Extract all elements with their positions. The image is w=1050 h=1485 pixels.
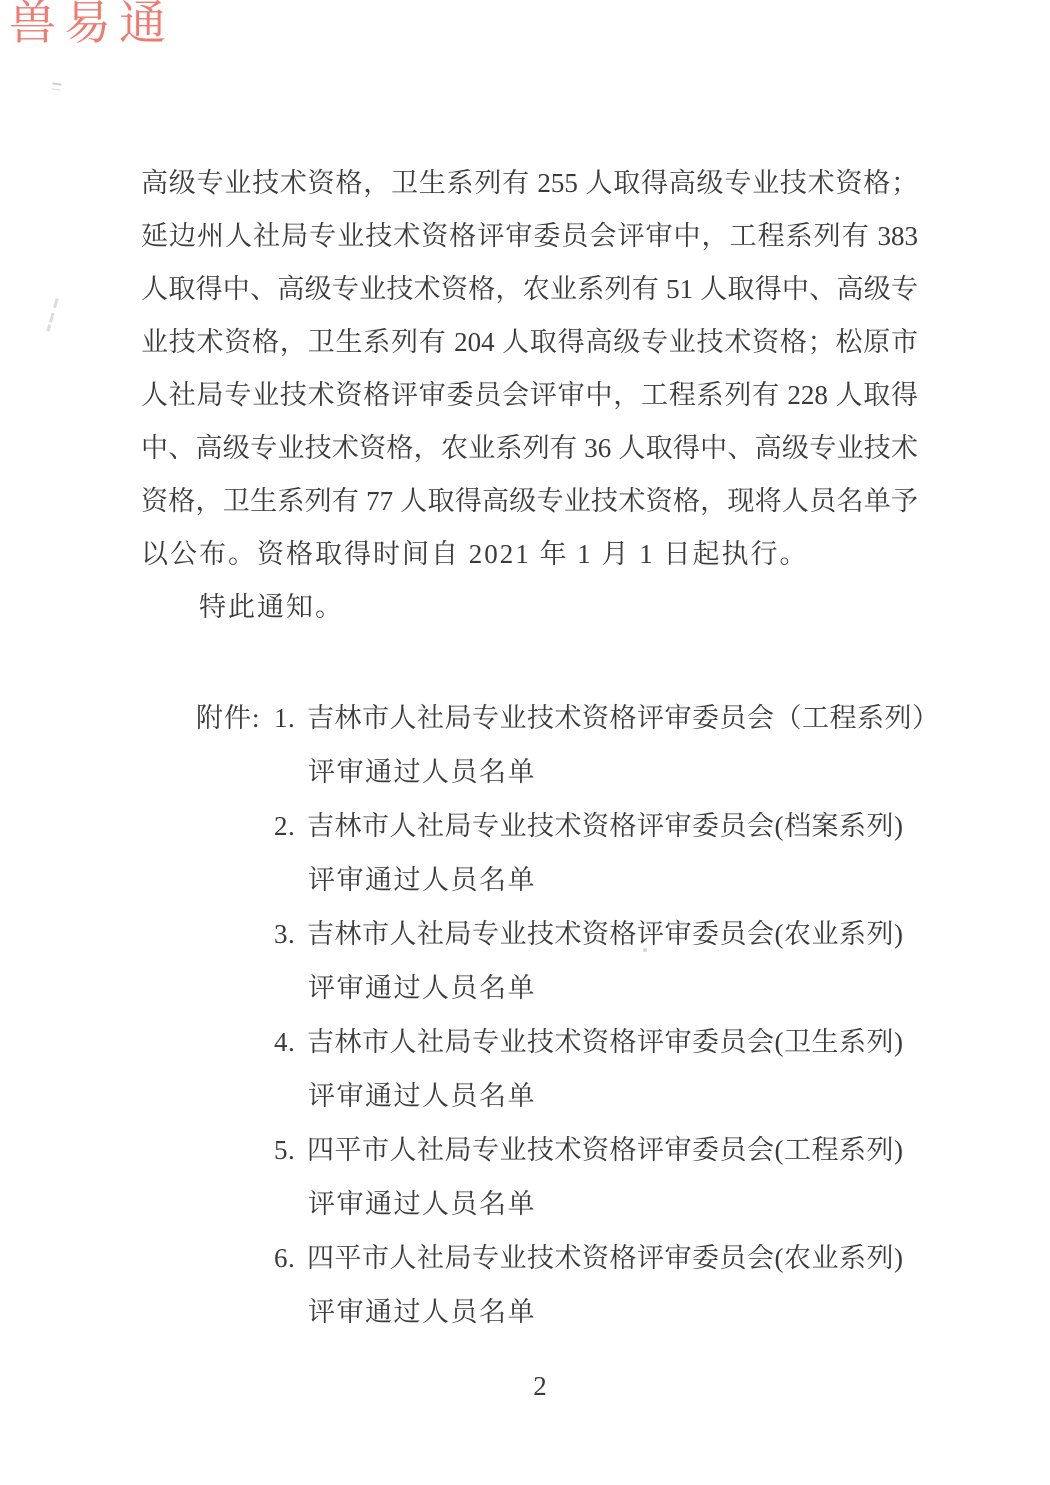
attachment-title-line: 3. 吉林市人社局专业技术资格评审委员会(农业系列) bbox=[196, 907, 996, 961]
attachments-label-spacer bbox=[196, 1015, 274, 1069]
attachments-label: 附件: bbox=[196, 691, 274, 745]
attachment-title: 四平市人社局专业技术资格评审委员会(农业系列) bbox=[307, 1231, 903, 1285]
paragraph-line: 资格，卫生系列有 77 人取得高级专业技术资格，现将人员名单予 bbox=[141, 475, 918, 528]
attachments-list: 附件: 1. 吉林市人社局专业技术资格评审委员会（工程系列） 评审通过人员名单 … bbox=[196, 691, 996, 1339]
paragraph-line: 以公布。资格取得时间自 2021 年 1 月 1 日起执行。 bbox=[141, 528, 918, 581]
attachment-number: 1. bbox=[274, 691, 307, 745]
paragraph-line: 人社局专业技术资格评审委员会评审中，工程系列有 228 人取得 bbox=[141, 369, 918, 422]
attachment-subtitle: 评审通过人员名单 bbox=[196, 853, 996, 907]
attachment-item: 4. 吉林市人社局专业技术资格评审委员会(卫生系列) 评审通过人员名单 bbox=[196, 1015, 996, 1123]
attachment-title: 吉林市人社局专业技术资格评审委员会(农业系列) bbox=[307, 907, 903, 961]
attachments-label-spacer bbox=[196, 907, 274, 961]
attachment-title-line: 5. 四平市人社局专业技术资格评审委员会(工程系列) bbox=[196, 1123, 996, 1177]
scan-artifact bbox=[52, 82, 62, 90]
attachment-subtitle: 评审通过人员名单 bbox=[196, 745, 996, 799]
attachments-label-spacer bbox=[196, 1123, 274, 1177]
attachment-number: 3. bbox=[274, 907, 307, 961]
attachment-number: 2. bbox=[274, 799, 307, 853]
scanned-document-page: 兽易通 高级专业技术资格，卫生系列有 255 人取得高级专业技术资格； 延边州人… bbox=[0, 0, 1050, 1485]
attachment-number: 5. bbox=[274, 1123, 307, 1177]
attachment-title-line: 4. 吉林市人社局专业技术资格评审委员会(卫生系列) bbox=[196, 1015, 996, 1069]
attachment-item: 5. 四平市人社局专业技术资格评审委员会(工程系列) 评审通过人员名单 bbox=[196, 1123, 996, 1231]
paragraph-line: 中、高级专业技术资格，农业系列有 36 人取得中、高级专业技术 bbox=[141, 422, 918, 475]
attachments-label-spacer bbox=[196, 799, 274, 853]
paragraph-line: 延边州人社局专业技术资格评审委员会评审中，工程系列有 383 bbox=[141, 210, 918, 263]
attachment-subtitle: 评审通过人员名单 bbox=[196, 1069, 996, 1123]
page-number: 2 bbox=[0, 1371, 1050, 1402]
paragraph-line: 高级专业技术资格，卫生系列有 255 人取得高级专业技术资格； bbox=[141, 157, 918, 210]
paragraph-line: 业技术资格，卫生系列有 204 人取得高级专业技术资格；松原市 bbox=[141, 316, 918, 369]
attachment-title: 吉林市人社局专业技术资格评审委员会(卫生系列) bbox=[307, 1015, 903, 1069]
notice-body: 高级专业技术资格，卫生系列有 255 人取得高级专业技术资格； 延边州人社局专业… bbox=[141, 157, 918, 634]
closing-line: 特此通知。 bbox=[141, 581, 918, 634]
scan-artifact bbox=[46, 298, 58, 332]
attachment-subtitle: 评审通过人员名单 bbox=[196, 1177, 996, 1231]
attachment-item: 2. 吉林市人社局专业技术资格评审委员会(档案系列) 评审通过人员名单 bbox=[196, 799, 996, 907]
attachment-title-line: 2. 吉林市人社局专业技术资格评审委员会(档案系列) bbox=[196, 799, 996, 853]
attachment-item: 附件: 1. 吉林市人社局专业技术资格评审委员会（工程系列） 评审通过人员名单 bbox=[196, 691, 996, 799]
attachment-item: 3. 吉林市人社局专业技术资格评审委员会(农业系列) 评审通过人员名单 bbox=[196, 907, 996, 1015]
attachment-title-line: 6. 四平市人社局专业技术资格评审委员会(农业系列) bbox=[196, 1231, 996, 1285]
attachment-number: 6. bbox=[274, 1231, 307, 1285]
attachment-item: 6. 四平市人社局专业技术资格评审委员会(农业系列) 评审通过人员名单 bbox=[196, 1231, 996, 1339]
paragraph-line: 人取得中、高级专业技术资格，农业系列有 51 人取得中、高级专 bbox=[141, 263, 918, 316]
attachment-title-line: 附件: 1. 吉林市人社局专业技术资格评审委员会（工程系列） bbox=[196, 691, 996, 745]
attachment-title: 四平市人社局专业技术资格评审委员会(工程系列) bbox=[307, 1123, 903, 1177]
attachments-label-spacer bbox=[196, 1231, 274, 1285]
vendor-watermark: 兽易通 bbox=[9, 0, 174, 52]
attachment-subtitle: 评审通过人员名单 bbox=[196, 961, 996, 1015]
attachment-title: 吉林市人社局专业技术资格评审委员会(档案系列) bbox=[307, 799, 903, 853]
attachment-subtitle: 评审通过人员名单 bbox=[196, 1285, 996, 1339]
attachment-number: 4. bbox=[274, 1015, 307, 1069]
attachment-title: 吉林市人社局专业技术资格评审委员会（工程系列） bbox=[307, 691, 940, 745]
